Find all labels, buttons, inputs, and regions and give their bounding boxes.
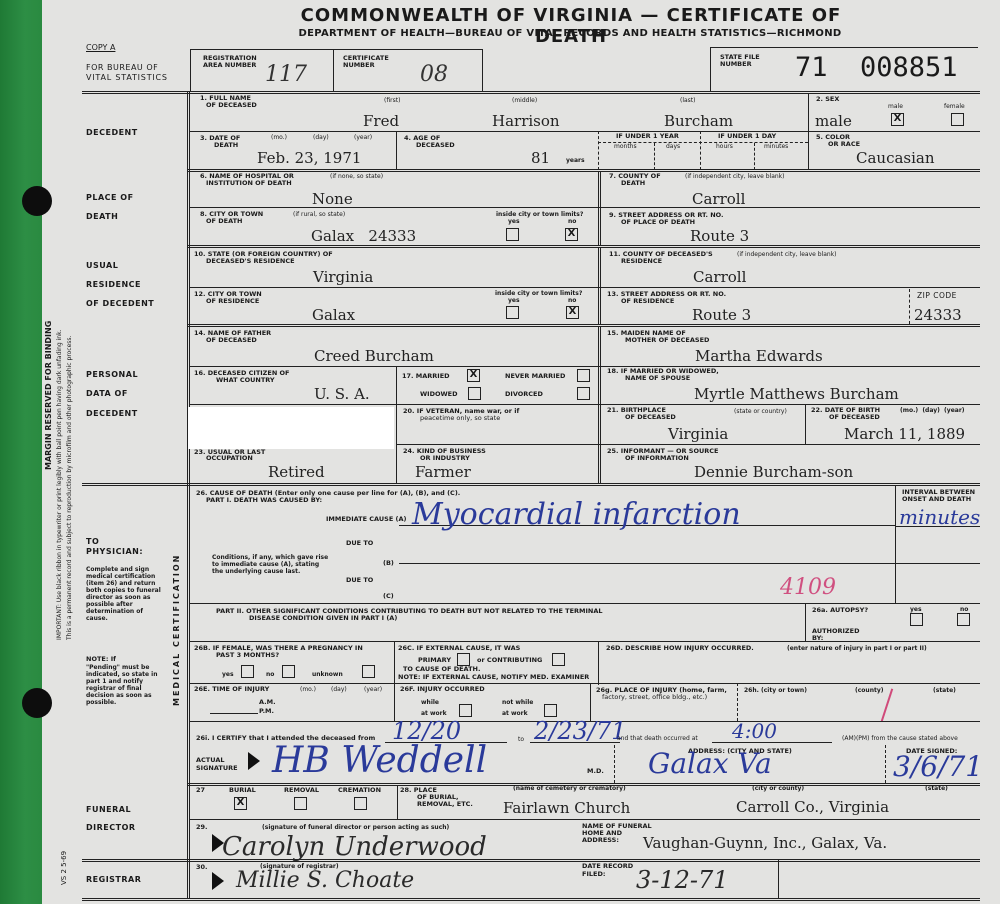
date-of-death: Feb. 23, 1971 bbox=[257, 149, 361, 167]
death-limits-yes-checkbox[interactable] bbox=[506, 228, 519, 241]
pregnancy-yes-checkbox[interactable] bbox=[241, 665, 254, 678]
removal-checkbox[interactable] bbox=[294, 797, 307, 810]
margin-important-line: IMPORTANT: Use black ribbon in typewrite… bbox=[56, 330, 63, 640]
pregnancy-unknown-checkbox[interactable] bbox=[362, 665, 375, 678]
married-checkbox[interactable]: X bbox=[467, 369, 480, 382]
widowed-checkbox[interactable] bbox=[468, 387, 481, 400]
divorced-checkbox[interactable] bbox=[577, 387, 590, 400]
birthplace: Virginia bbox=[668, 425, 728, 443]
form-code: VS 2 5-69 bbox=[60, 851, 68, 885]
street-of-death: Route 3 bbox=[690, 227, 749, 245]
green-binding-strip bbox=[0, 0, 42, 904]
residence-limits-yes-checkbox[interactable] bbox=[506, 306, 519, 319]
sex-female-checkbox[interactable] bbox=[951, 113, 964, 126]
copy-for-2: VITAL STATISTICS bbox=[86, 73, 168, 82]
physician-address: Galax Va bbox=[648, 747, 772, 780]
medical-certification-label: MEDICAL CERTIFICATION bbox=[172, 554, 181, 706]
spouse-name: Myrtle Matthews Burcham bbox=[694, 385, 899, 403]
certificate-title: COMMONWEALTH OF VIRGINIA — CERTIFICATE O… bbox=[268, 5, 874, 47]
residence-zip: 24333 bbox=[914, 306, 962, 324]
father-name: Creed Burcham bbox=[314, 347, 434, 365]
hospital-name: None bbox=[312, 190, 353, 208]
residence-county: Carroll bbox=[693, 268, 746, 286]
never-married-checkbox[interactable] bbox=[577, 369, 590, 382]
external-contributing-checkbox[interactable] bbox=[552, 653, 565, 666]
informant: Dennie Burcham-son bbox=[694, 463, 853, 481]
cemetery-location: Carroll Co., Virginia bbox=[736, 798, 889, 816]
section-decedent: DECEDENT bbox=[86, 123, 138, 142]
injury-at-work-checkbox[interactable] bbox=[459, 704, 472, 717]
conditions-note: Conditions, if any, which gave rise to i… bbox=[212, 554, 332, 575]
cremation-checkbox[interactable] bbox=[354, 797, 367, 810]
margin-reserved-title: MARGIN RESERVED FOR BINDING bbox=[44, 321, 53, 470]
death-time: 4:00 bbox=[732, 719, 777, 743]
county-of-death: Carroll bbox=[692, 190, 745, 208]
funeral-home: Vaughan-Guynn, Inc., Galax, Va. bbox=[643, 834, 887, 852]
pregnancy-no-checkbox[interactable] bbox=[282, 665, 295, 678]
residence-street: Route 3 bbox=[692, 306, 751, 324]
business-industry: Farmer bbox=[415, 463, 471, 481]
autopsy-yes-checkbox[interactable] bbox=[910, 613, 923, 626]
registration-number: 117 bbox=[265, 62, 307, 87]
middle-name: Harrison bbox=[492, 112, 560, 130]
race: Caucasian bbox=[856, 149, 935, 167]
margin-permanent-line: This is a permanent record and subject t… bbox=[66, 336, 73, 640]
registrar-arrow-icon bbox=[212, 872, 224, 890]
date-signed: 3/6/71 bbox=[893, 750, 983, 783]
sex-male-checkbox[interactable]: X bbox=[891, 113, 904, 126]
department-subtitle: DEPARTMENT OF HEALTH—BUREAU OF VITAL REC… bbox=[270, 28, 870, 39]
immediate-cause: Myocardial infarction bbox=[412, 497, 741, 532]
punch-hole-bottom bbox=[22, 688, 52, 718]
death-limits-no-checkbox[interactable]: X bbox=[565, 228, 578, 241]
residence-limits-no-checkbox[interactable]: X bbox=[566, 306, 579, 319]
age: 81 bbox=[531, 149, 550, 167]
date-of-birth: March 11, 1889 bbox=[844, 425, 965, 443]
copy-for-1: FOR BUREAU OF bbox=[86, 63, 158, 72]
attended-to: 2/23/71 bbox=[534, 717, 627, 745]
injury-not-at-work-checkbox[interactable] bbox=[544, 704, 557, 717]
signature-arrow-icon bbox=[248, 752, 260, 770]
residence-city: Galax bbox=[312, 306, 355, 324]
autopsy-no-checkbox[interactable] bbox=[957, 613, 970, 626]
first-name: Fred bbox=[363, 112, 399, 130]
sex-value: male bbox=[815, 112, 852, 130]
copy-label: COPY A bbox=[86, 43, 115, 52]
last-name: Burcham bbox=[664, 112, 733, 130]
occupation: Retired bbox=[268, 463, 325, 481]
certificate-number: 08 bbox=[420, 62, 448, 87]
certificate-paper bbox=[42, 0, 1000, 904]
cemetery: Fairlawn Church bbox=[503, 799, 630, 817]
funeral-director-signature: Carolyn Underwood bbox=[222, 832, 487, 862]
residence-state: Virginia bbox=[313, 268, 373, 286]
registrar-signature: Millie S. Choate bbox=[236, 868, 414, 893]
state-file-number: 71 008851 bbox=[795, 52, 958, 83]
cause-code: 4109 bbox=[780, 575, 836, 600]
pending-note: "Pending" must be indicated, so state in… bbox=[86, 664, 164, 706]
burial-checkbox[interactable]: X bbox=[234, 797, 247, 810]
city-of-death: Galax 24333 bbox=[311, 227, 416, 245]
physician-signature: HB Weddell bbox=[272, 740, 487, 781]
redacted-field bbox=[188, 407, 394, 449]
citizenship: U. S. A. bbox=[314, 385, 370, 403]
punch-hole-top bbox=[22, 186, 52, 216]
mother-maiden-name: Martha Edwards bbox=[695, 347, 823, 365]
date-record-filed: 3-12-71 bbox=[636, 866, 729, 894]
physician-instructions: Complete and sign medical certification … bbox=[86, 566, 164, 622]
